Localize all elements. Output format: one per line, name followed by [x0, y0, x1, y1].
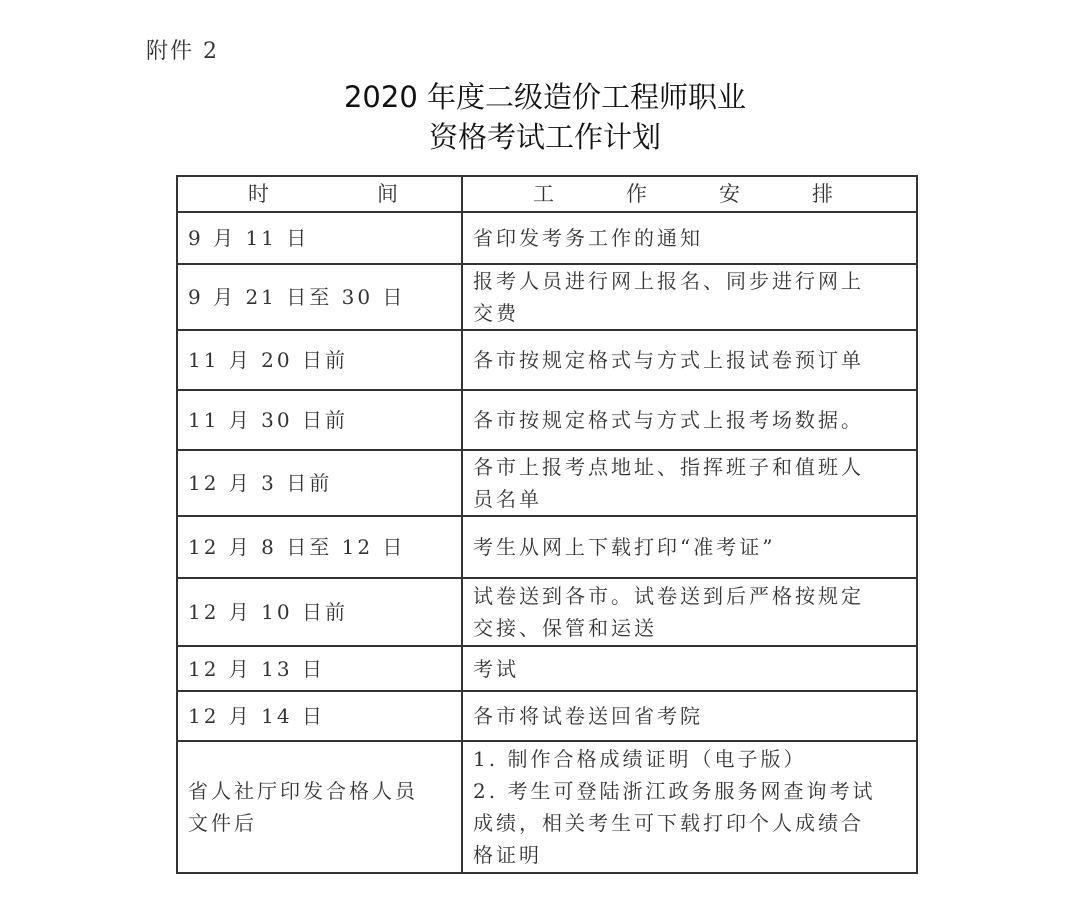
work-text: 各市将试卷送回省考院 [473, 700, 906, 732]
header-work-arrangement: 工 作 安 排 [462, 176, 917, 212]
table-row: 11 月 30 日前各市按规定格式与方式上报考场数据。 [177, 390, 917, 450]
table-row: 省人社厅印发合格人员文件后1. 制作合格成绩证明（电子版）2. 考生可登陆浙江政… [177, 741, 917, 873]
table-row: 12 月 13 日考试 [177, 646, 917, 691]
work-text: 1. 制作合格成绩证明（电子版） [473, 743, 906, 775]
work-text: 各市上报考点地址、指挥班子和值班人 [473, 451, 906, 483]
time-text: 12 月 8 日至 12 日 [188, 531, 451, 563]
table-row: 12 月 14 日各市将试卷送回省考院 [177, 691, 917, 741]
table-row: 12 月 10 日前试卷送到各市。试卷送到后严格按规定交接、保管和运送 [177, 578, 917, 646]
time-text: 11 月 30 日前 [188, 404, 451, 436]
time-text: 12 月 13 日 [188, 653, 451, 685]
work-text: 格证明 [473, 839, 906, 871]
work-cell: 考试 [462, 646, 917, 691]
work-cell: 省印发考务工作的通知 [462, 212, 917, 264]
table-row: 12 月 3 日前各市上报考点地址、指挥班子和值班人员名单 [177, 450, 917, 516]
time-cell: 12 月 13 日 [177, 646, 462, 691]
time-cell: 省人社厅印发合格人员文件后 [177, 741, 462, 873]
work-text: 交接、保管和运送 [473, 612, 906, 644]
work-cell: 1. 制作合格成绩证明（电子版）2. 考生可登陆浙江政务服务网查询考试成绩，相关… [462, 741, 917, 873]
time-cell: 12 月 3 日前 [177, 450, 462, 516]
document-title-line1: 2020 年度二级造价工程师职业 [5, 75, 1080, 116]
time-text: 省人社厅印发合格人员 [188, 775, 451, 807]
work-text: 员名单 [473, 483, 906, 515]
header-work-char: 安 [719, 178, 743, 210]
work-cell: 考生从网上下载打印“准考证” [462, 516, 917, 578]
time-cell: 12 月 8 日至 12 日 [177, 516, 462, 578]
time-text: 文件后 [188, 807, 451, 839]
time-cell: 12 月 10 日前 [177, 578, 462, 646]
work-text: 2. 考生可登陆浙江政务服务网查询考试 [473, 775, 906, 807]
work-text: 交费 [473, 297, 906, 329]
header-time-char: 时 [248, 178, 272, 210]
table-row: 9 月 21 日至 30 日报考人员进行网上报名、同步进行网上交费 [177, 264, 917, 330]
time-text: 12 月 14 日 [188, 700, 451, 732]
work-cell: 各市上报考点地址、指挥班子和值班人员名单 [462, 450, 917, 516]
time-text: 12 月 3 日前 [188, 467, 451, 499]
work-text: 考试 [473, 653, 906, 685]
header-work-char: 工 [533, 178, 557, 210]
work-cell: 各市将试卷送回省考院 [462, 691, 917, 741]
table-header-row: 时 间 工 作 安 排 [177, 176, 917, 212]
time-cell: 9 月 21 日至 30 日 [177, 264, 462, 330]
header-time-char: 间 [377, 178, 401, 210]
work-cell: 各市按规定格式与方式上报试卷预订单 [462, 330, 917, 390]
time-text: 11 月 20 日前 [188, 344, 451, 376]
time-cell: 9 月 11 日 [177, 212, 462, 264]
table-row: 12 月 8 日至 12 日考生从网上下载打印“准考证” [177, 516, 917, 578]
work-text: 试卷送到各市。试卷送到后严格按规定 [473, 580, 906, 612]
work-text: 报考人员进行网上报名、同步进行网上 [473, 265, 906, 297]
header-time: 时 间 [177, 176, 462, 212]
header-work-char: 排 [812, 178, 836, 210]
time-text: 12 月 10 日前 [188, 596, 451, 628]
time-text: 9 月 11 日 [188, 222, 451, 254]
work-plan-table: 时 间 工 作 安 排 9 月 11 日省印发考务工作的通知9 月 21 日至 … [176, 175, 918, 874]
work-text: 各市按规定格式与方式上报考场数据。 [473, 404, 906, 436]
table-row: 11 月 20 日前各市按规定格式与方式上报试卷预订单 [177, 330, 917, 390]
work-cell: 试卷送到各市。试卷送到后严格按规定交接、保管和运送 [462, 578, 917, 646]
time-cell: 11 月 30 日前 [177, 390, 462, 450]
table-row: 9 月 11 日省印发考务工作的通知 [177, 212, 917, 264]
time-cell: 12 月 14 日 [177, 691, 462, 741]
work-text: 成绩，相关考生可下载打印个人成绩合 [473, 807, 906, 839]
header-work-char: 作 [626, 178, 650, 210]
work-cell: 报考人员进行网上报名、同步进行网上交费 [462, 264, 917, 330]
time-text: 9 月 21 日至 30 日 [188, 281, 451, 313]
document-title-line2: 资格考试工作计划 [5, 115, 1080, 156]
work-text: 各市按规定格式与方式上报试卷预订单 [473, 344, 906, 376]
work-text: 省印发考务工作的通知 [473, 222, 906, 254]
work-text: 考生从网上下载打印“准考证” [473, 531, 906, 563]
time-cell: 11 月 20 日前 [177, 330, 462, 390]
attachment-label: 附件 2 [146, 34, 219, 65]
work-cell: 各市按规定格式与方式上报考场数据。 [462, 390, 917, 450]
